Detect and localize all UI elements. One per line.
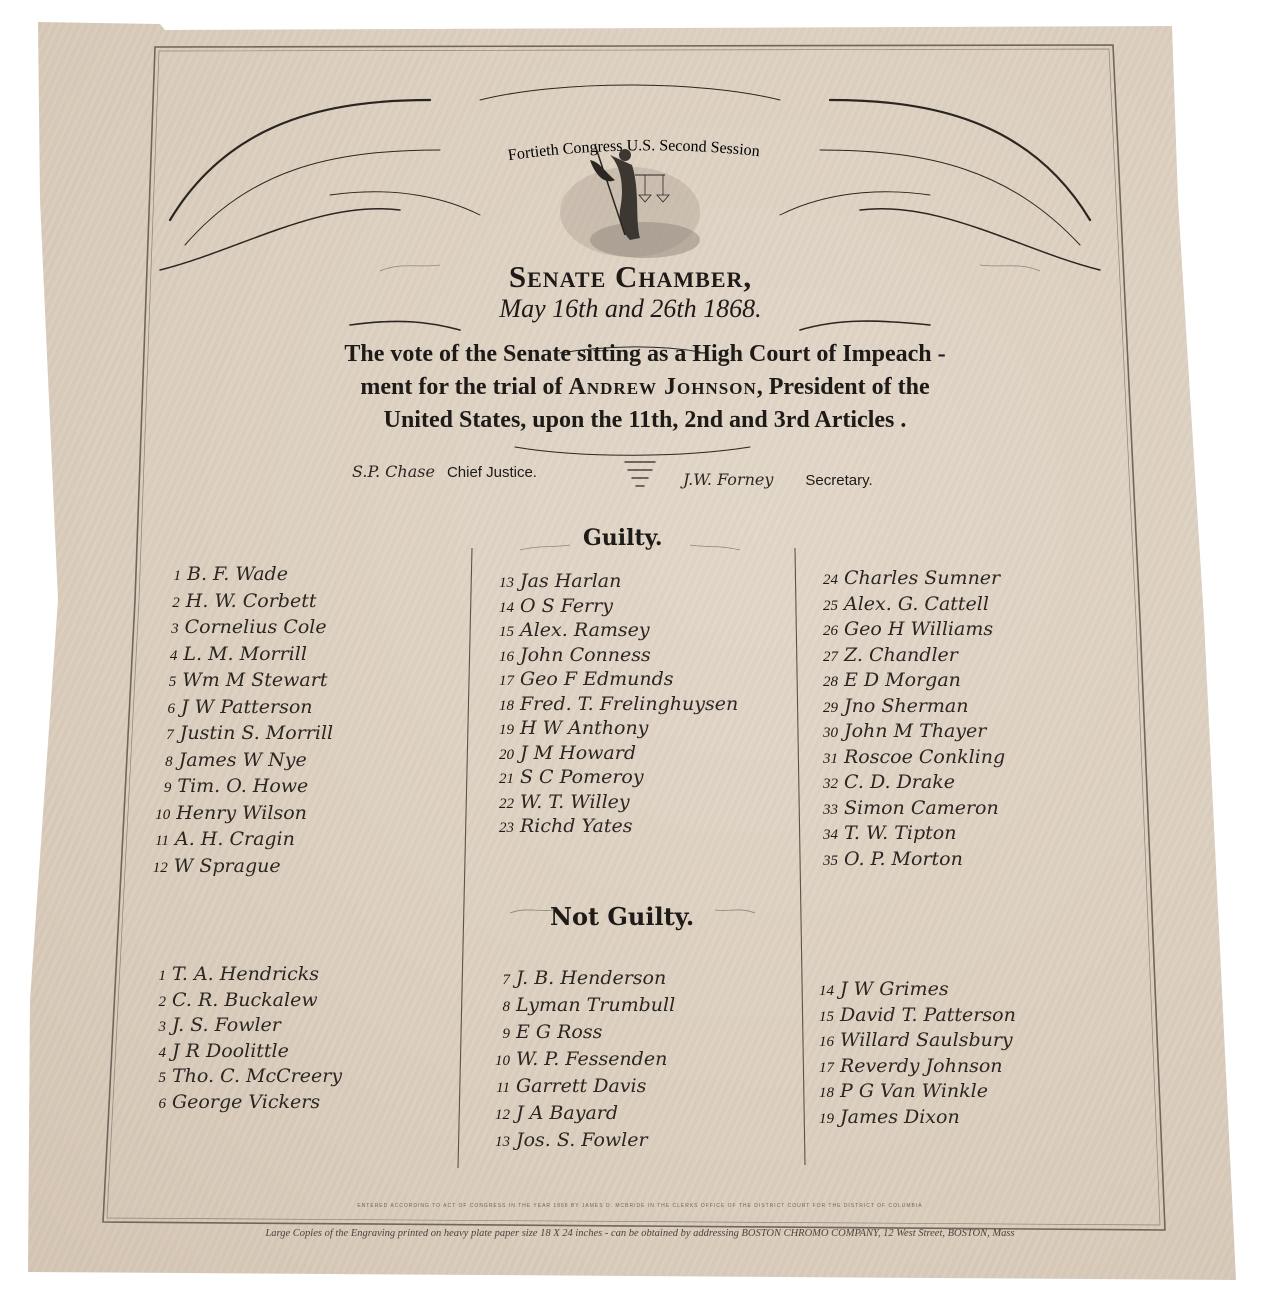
defendant-name: Andrew Johnson <box>569 374 757 400</box>
senator-number: 29 <box>812 700 838 717</box>
senator-number: 13 <box>484 1134 510 1151</box>
guilty-row: 35O. P. Morton <box>812 848 963 870</box>
senator-number: 25 <box>812 598 838 615</box>
senator-signature: Reverdy Johnson <box>840 1055 1003 1077</box>
senator-signature: Richd Yates <box>520 815 633 837</box>
not_guilty-row: 2C. R. Buckalew <box>140 989 318 1011</box>
senator-signature: C. D. Drake <box>844 771 955 793</box>
guilty-heading: Guilty. <box>583 525 663 551</box>
senator-number: 19 <box>808 1111 834 1128</box>
senator-number: 5 <box>140 1070 166 1087</box>
senator-signature: A. H. Cragin <box>175 828 295 850</box>
senator-signature: Alex. G. Cattell <box>844 593 989 615</box>
senator-number: 5 <box>150 674 176 691</box>
justice-vignette-icon <box>560 145 700 258</box>
not_guilty-row: 8Lyman Trumbull <box>484 994 675 1016</box>
senator-number: 6 <box>140 1096 166 1113</box>
guilty-row: 10Henry Wilson <box>144 802 307 824</box>
chief-justice-signature: S.P. Chase <box>352 462 435 481</box>
senator-signature: O S Ferry <box>520 595 613 617</box>
vote-description: The vote of the Senate sitting as a High… <box>300 338 990 437</box>
not_guilty-row: 9E G Ross <box>484 1021 602 1043</box>
guilty-row: 34T. W. Tipton <box>812 822 956 844</box>
guilty-row: 6J W Patterson <box>149 696 313 718</box>
senator-signature: L. M. Morrill <box>183 643 307 665</box>
guilty-row: 8James W Nye <box>147 749 307 771</box>
guilty-row: 30John M Thayer <box>812 720 986 742</box>
senator-signature: Tho. C. McCreery <box>172 1065 342 1087</box>
senator-number: 20 <box>488 747 514 764</box>
senator-number: 13 <box>488 575 514 592</box>
senator-number: 8 <box>147 754 173 771</box>
senator-signature: Tim. O. Howe <box>177 775 308 797</box>
guilty-row: 26Geo H Williams <box>812 618 993 640</box>
senator-signature: Cornelius Cole <box>185 616 327 638</box>
senator-signature: Henry Wilson <box>176 802 307 824</box>
senator-signature: J W Patterson <box>181 696 313 718</box>
guilty-row: 33Simon Cameron <box>812 797 999 819</box>
guilty-row: 9Tim. O. Howe <box>145 775 308 797</box>
senator-number: 1 <box>140 968 166 985</box>
senator-signature: C. R. Buckalew <box>172 989 318 1011</box>
senator-signature: B. F. Wade <box>187 563 288 585</box>
guilty-row: 27Z. Chandler <box>812 644 958 666</box>
senator-signature: E D Morgan <box>844 669 961 691</box>
guilty-row: 21S C Pomeroy <box>488 766 644 788</box>
not_guilty-row: 15David T. Patterson <box>808 1004 1016 1026</box>
senator-number: 35 <box>812 853 838 870</box>
not_guilty-row: 14J W Grimes <box>808 978 949 1000</box>
secretary-label: Secretary. <box>805 472 872 489</box>
not_guilty-row: 3J. S. Fowler <box>140 1014 281 1036</box>
senator-number: 10 <box>144 807 170 824</box>
chief-justice-label: Chief Justice. <box>447 464 537 481</box>
senator-signature: Jas Harlan <box>520 570 621 592</box>
not_guilty-row: 19James Dixon <box>808 1106 960 1128</box>
not_guilty-row: 16Willard Saulsbury <box>808 1029 1013 1051</box>
senator-number: 9 <box>484 1026 510 1043</box>
senator-signature: W. T. Willey <box>520 791 630 813</box>
guilty-row: 17Geo F Edmunds <box>488 668 674 690</box>
guilty-row: 22W. T. Willey <box>488 791 630 813</box>
vote-line-2-pre: ment for the trial of <box>360 374 568 400</box>
senator-signature: George Vickers <box>172 1091 320 1113</box>
senator-number: 33 <box>812 802 838 819</box>
senator-number: 18 <box>488 698 514 715</box>
engraving-notice: Large Copies of the Engraving printed on… <box>140 1228 1140 1239</box>
senator-signature: Jos. S. Fowler <box>516 1129 648 1151</box>
senator-number: 7 <box>148 727 174 744</box>
secretary-signature: J.W. Forney <box>683 470 773 489</box>
senator-number: 15 <box>488 624 514 641</box>
senator-signature: Simon Cameron <box>844 797 999 819</box>
senator-number: 3 <box>140 1019 166 1036</box>
senator-signature: J R Doolittle <box>172 1040 289 1062</box>
senator-signature: T. W. Tipton <box>844 822 956 844</box>
senator-number: 11 <box>484 1080 510 1097</box>
senator-signature: P G Van Winkle <box>840 1080 988 1102</box>
senate-chamber-heading: Senate Chamber, <box>0 259 1261 295</box>
senator-number: 34 <box>812 827 838 844</box>
guilty-row: 12W Sprague <box>142 855 281 877</box>
senator-signature: Z. Chandler <box>844 644 958 666</box>
not_guilty-row: 6George Vickers <box>140 1091 320 1113</box>
senator-signature: John Conness <box>520 644 651 666</box>
senator-number: 14 <box>488 600 514 617</box>
guilty-row: 32C. D. Drake <box>812 771 955 793</box>
senator-number: 24 <box>812 572 838 589</box>
guilty-row: 2H. W. Corbett <box>154 590 317 612</box>
senator-number: 30 <box>812 725 838 742</box>
senator-number: 2 <box>154 595 180 612</box>
senator-number: 16 <box>808 1034 834 1051</box>
senator-number: 11 <box>143 833 169 850</box>
secretary-line: J.W. Forney Secretary. <box>683 470 873 490</box>
guilty-row: 3Cornelius Cole <box>153 616 327 638</box>
senator-signature: H W Anthony <box>520 717 648 739</box>
vote-line-2: ment for the trial of Andrew Johnson, Pr… <box>300 371 990 404</box>
senator-signature: James Dixon <box>840 1106 960 1128</box>
guilty-row: 16John Conness <box>488 644 651 666</box>
senator-signature: J. S. Fowler <box>172 1014 281 1036</box>
guilty-row: 7Justin S. Morrill <box>148 722 333 744</box>
senator-signature: O. P. Morton <box>844 848 963 870</box>
senator-signature: Fred. T. Frelinghuysen <box>520 693 738 715</box>
senator-number: 9 <box>145 780 171 797</box>
senator-signature: W. P. Fessenden <box>516 1048 667 1070</box>
guilty-row: 19H W Anthony <box>488 717 648 739</box>
not_guilty-row: 12J A Bayard <box>484 1102 618 1124</box>
not_guilty-row: 7J. B. Henderson <box>484 967 666 989</box>
senator-signature: Charles Sumner <box>844 567 1000 589</box>
senator-signature: Willard Saulsbury <box>840 1029 1013 1051</box>
senator-number: 17 <box>808 1060 834 1077</box>
guilty-row: 24Charles Sumner <box>812 567 1000 589</box>
senator-number: 4 <box>140 1045 166 1062</box>
senator-number: 10 <box>484 1053 510 1070</box>
senator-number: 18 <box>808 1085 834 1102</box>
guilty-row: 4L. M. Morrill <box>151 643 307 665</box>
senator-number: 26 <box>812 623 838 640</box>
guilty-row: 31Roscoe Conkling <box>812 746 1005 768</box>
senator-signature: David T. Patterson <box>840 1004 1016 1026</box>
not_guilty-row: 13Jos. S. Fowler <box>484 1129 648 1151</box>
guilty-row: 20J M Howard <box>488 742 636 764</box>
not_guilty-row: 17Reverdy Johnson <box>808 1055 1003 1077</box>
senator-signature: J A Bayard <box>516 1102 618 1124</box>
guilty-row: 15Alex. Ramsey <box>488 619 650 641</box>
guilty-row: 18Fred. T. Frelinghuysen <box>488 693 738 715</box>
guilty-row: 29Jno Sherman <box>812 695 969 717</box>
senator-number: 22 <box>488 796 514 813</box>
senator-signature: E G Ross <box>516 1021 602 1043</box>
senator-signature: T. A. Hendricks <box>172 963 319 985</box>
not_guilty-row: 11Garrett Davis <box>484 1075 646 1097</box>
senator-signature: Geo F Edmunds <box>520 668 674 690</box>
senator-number: 19 <box>488 722 514 739</box>
senator-number: 17 <box>488 673 514 690</box>
senator-number: 16 <box>488 649 514 666</box>
session-dates: May 16th and 26th 1868. <box>0 294 1261 324</box>
vote-line-2-post: , President of the <box>757 374 930 400</box>
senator-number: 12 <box>484 1107 510 1124</box>
senator-number: 21 <box>488 771 514 788</box>
senator-signature: John M Thayer <box>844 720 986 742</box>
not_guilty-row: 5Tho. C. McCreery <box>140 1065 342 1087</box>
senator-signature: Alex. Ramsey <box>520 619 650 641</box>
guilty-row: 28E D Morgan <box>812 669 961 691</box>
not_guilty-row: 10W. P. Fessenden <box>484 1048 667 1070</box>
guilty-row: 25Alex. G. Cattell <box>812 593 989 615</box>
senator-signature: Garrett Davis <box>516 1075 646 1097</box>
guilty-row: 14O S Ferry <box>488 595 613 617</box>
senator-number: 15 <box>808 1009 834 1026</box>
vote-line-3: United States, upon the 11th, 2nd and 3r… <box>300 404 990 437</box>
guilty-row: 11A. H. Cragin <box>143 828 295 850</box>
senator-number: 3 <box>153 621 179 638</box>
senator-number: 12 <box>142 860 168 877</box>
not_guilty-row: 18P G Van Winkle <box>808 1080 988 1102</box>
not_guilty-row: 1T. A. Hendricks <box>140 963 319 985</box>
senator-number: 14 <box>808 983 834 1000</box>
senator-number: 28 <box>812 674 838 691</box>
senator-signature: James W Nye <box>179 749 307 771</box>
senator-signature: Wm M Stewart <box>182 669 327 691</box>
guilty-row: 13Jas Harlan <box>488 570 621 592</box>
senator-signature: S C Pomeroy <box>520 766 644 788</box>
not-guilty-heading: Not Guilty. <box>550 902 694 931</box>
senator-signature: Roscoe Conkling <box>844 746 1005 768</box>
senator-signature: Lyman Trumbull <box>516 994 675 1016</box>
senator-number: 8 <box>484 999 510 1016</box>
senator-number: 23 <box>488 820 514 837</box>
senator-signature: J. B. Henderson <box>516 967 666 989</box>
chief-justice-line: S.P. Chase Chief Justice. <box>352 462 537 482</box>
senator-signature: Geo H Williams <box>844 618 993 640</box>
senator-number: 27 <box>812 649 838 666</box>
senator-signature: W Sprague <box>174 855 281 877</box>
guilty-row: 1B. F. Wade <box>155 563 288 585</box>
senator-number: 1 <box>155 568 181 585</box>
senator-number: 31 <box>812 751 838 768</box>
not_guilty-row: 4J R Doolittle <box>140 1040 289 1062</box>
guilty-row: 23Richd Yates <box>488 815 633 837</box>
senator-number: 6 <box>149 701 175 718</box>
senator-signature: H. W. Corbett <box>186 590 317 612</box>
copyright-notice: ENTERED ACCORDING TO ACT OF CONGRESS IN … <box>290 1203 990 1209</box>
senator-signature: Jno Sherman <box>844 695 969 717</box>
senator-number: 32 <box>812 776 838 793</box>
vote-line-1: The vote of the Senate sitting as a High… <box>300 338 990 371</box>
senator-signature: J W Grimes <box>840 978 949 1000</box>
senator-number: 4 <box>151 648 177 665</box>
senator-signature: Justin S. Morrill <box>180 722 333 744</box>
guilty-row: 5Wm M Stewart <box>150 669 327 691</box>
document-title: Fortieth Congress U.S. Second Session <box>507 137 761 164</box>
senator-number: 7 <box>484 972 510 989</box>
senator-number: 2 <box>140 994 166 1011</box>
senator-signature: J M Howard <box>520 742 636 764</box>
